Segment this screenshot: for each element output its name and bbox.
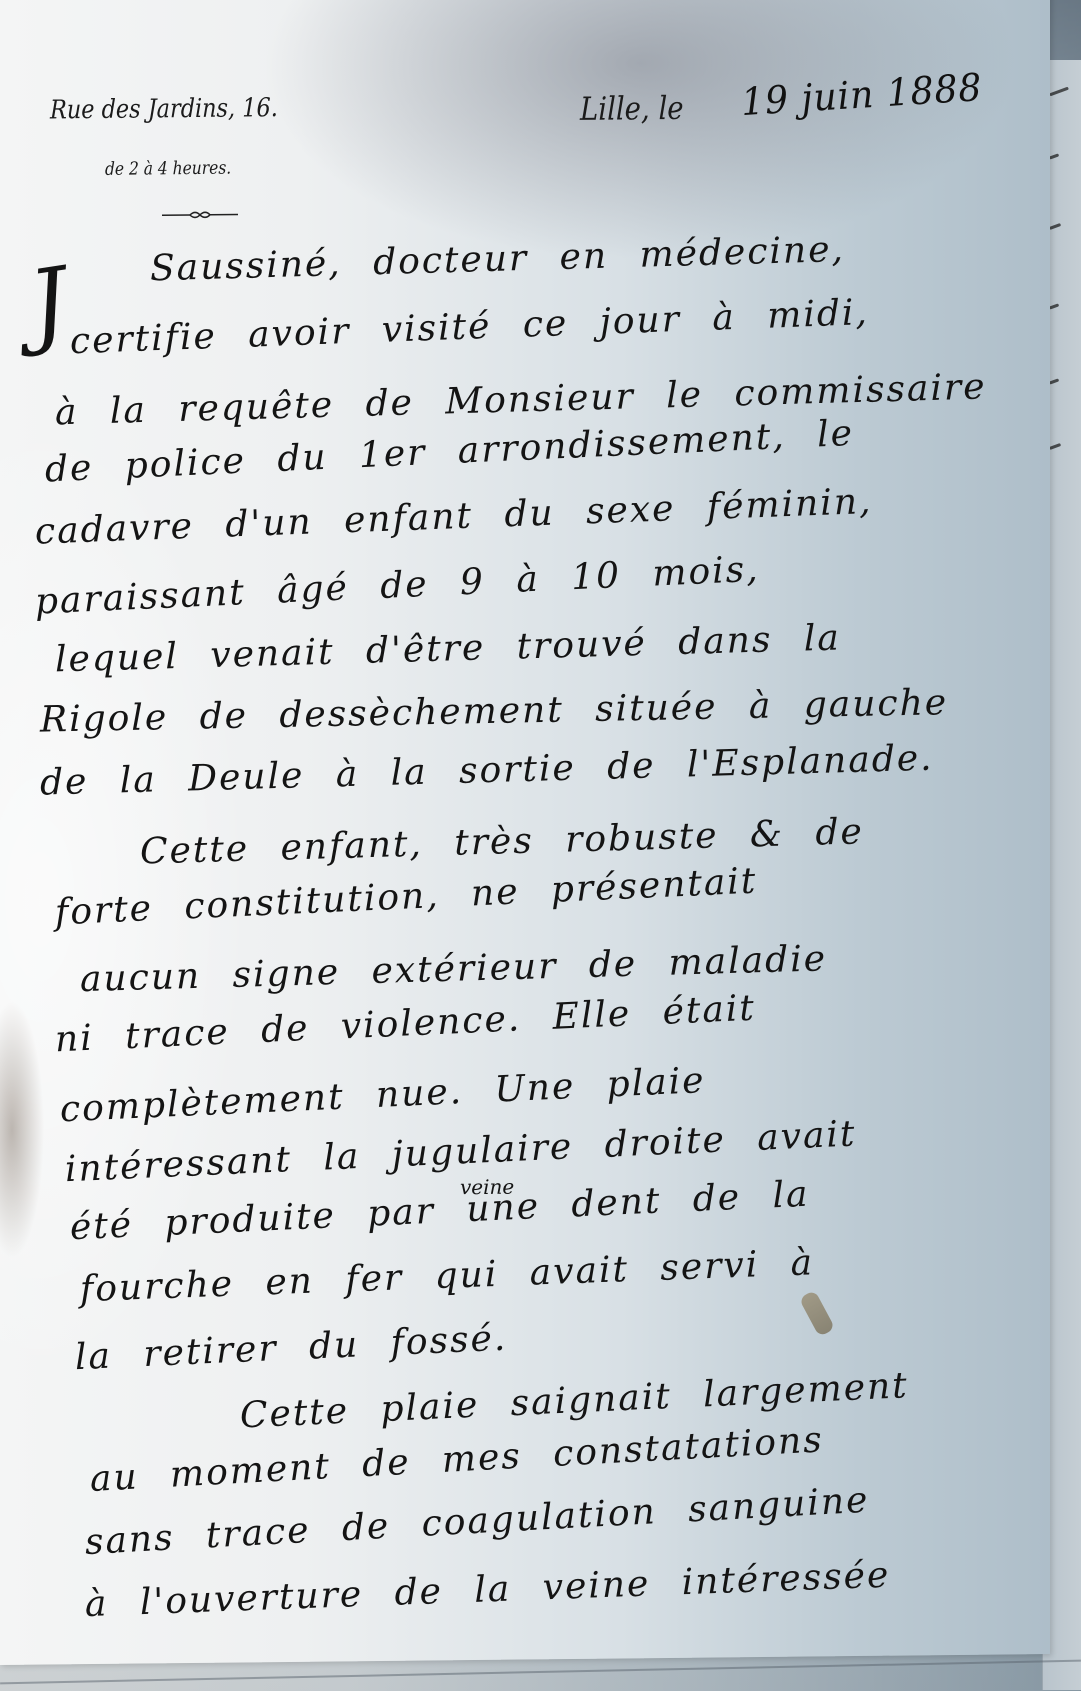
body-line: complètement nue. Une plaie — [59, 1060, 706, 1130]
handwritten-body: J Saussiné, docteur en médecine, certifi… — [0, 0, 1050, 1691]
ink-mark — [1049, 378, 1059, 384]
body-line: la retirer du fossé. — [74, 1318, 508, 1379]
ink-mark — [1049, 303, 1059, 309]
body-line: de la Deule à la sortie de l'Esplanade. — [40, 738, 934, 804]
ink-mark — [1049, 87, 1069, 97]
body-line: à l'ouverture de la veine intéressée — [84, 1555, 890, 1625]
body-line: paraissant âgé de 9 à 10 mois, — [34, 549, 760, 623]
ink-mark — [1049, 153, 1059, 159]
body-line: Saussiné, docteur en médecine, — [150, 229, 846, 289]
body-line: ni trace de violence. Elle était — [54, 988, 756, 1061]
body-line: lequel venait d'être trouvé dans la — [55, 617, 842, 680]
ink-mark — [1049, 443, 1061, 450]
body-line: fourche en fer qui avait servi à — [79, 1242, 814, 1310]
body-line: cadavre d'un enfant du sexe féminin, — [34, 481, 872, 553]
body-line: Rigole de dessèchement située à gauche — [40, 682, 948, 740]
initial-letter: J — [23, 247, 74, 358]
interlinear-insertion: veine — [460, 1175, 514, 1200]
ink-mark — [1049, 223, 1061, 230]
document-photo: Rue des Jardins, 16. de 2 à 4 heures. Li… — [0, 0, 1081, 1691]
letter-sheet: Rue des Jardins, 16. de 2 à 4 heures. Li… — [0, 0, 1050, 1665]
body-line: certifie avoir visité ce jour à midi, — [69, 292, 869, 362]
